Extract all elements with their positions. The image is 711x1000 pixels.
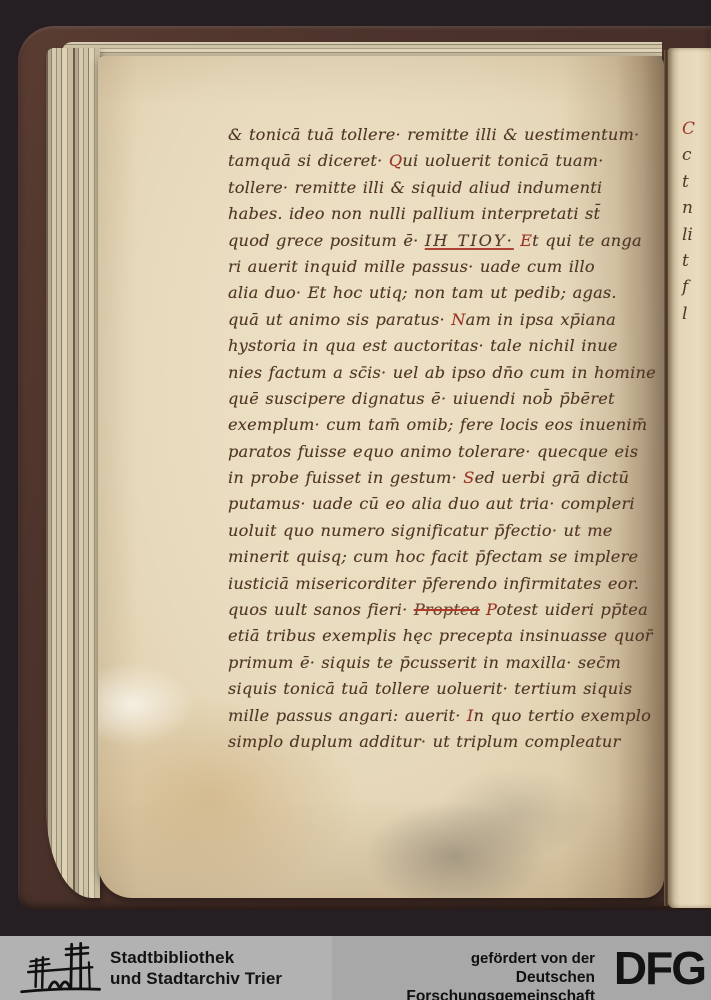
manuscript-line: hystoria in qua est auctoritas· tale nic…: [228, 333, 670, 359]
manuscript-line: etiā tribus exemplis hęc precepta insinu…: [228, 623, 670, 649]
library-name: Stadtbibliothek und Stadtarchiv Trier: [110, 947, 282, 989]
manuscript-line: siquis tonicā tuā tollere uoluerit· tert…: [228, 676, 670, 702]
stadtbibliothek-logo: [20, 938, 102, 998]
manuscript-text-block: & tonicā tuā tollere· remitte illi & ues…: [228, 122, 670, 755]
manuscript-line: mille passus angari: auerit· In quo tert…: [228, 703, 670, 729]
manuscript-line: simplo duplum additur· ut triplum comple…: [228, 729, 670, 755]
recto-fragment: l: [682, 301, 695, 327]
library-name-line2: und Stadtarchiv Trier: [110, 968, 282, 989]
manuscript-line: alia duo· Et hoc utiq; non tam ut pedib;…: [228, 280, 670, 306]
manuscript-line: iusticiā misericorditer p̄ferendo infirm…: [228, 571, 670, 597]
manuscript-line: in probe fuisset in gestum· Sed uerbi gr…: [228, 465, 670, 491]
manuscript-line: ri auerit inquid mille passus· uade cum …: [228, 254, 670, 280]
footer-right-band: gefördert von der Deutschen Forschungsge…: [332, 936, 711, 1000]
manuscript-line: quā ut animo sis paratus· Nam in ipsa xp…: [228, 307, 670, 333]
page-stack-left-edge: [46, 48, 100, 898]
manuscript-line: quos uult sanos fieri· Proptea Potest ui…: [228, 597, 670, 623]
manuscript-line: minerit quisq; cum hoc facit p̄fectam se…: [228, 544, 670, 570]
recto-fragment: li: [682, 222, 695, 248]
recto-fragment: t: [682, 248, 695, 274]
recto-fragment: n: [682, 195, 695, 221]
funding-line1: gefördert von der: [332, 949, 595, 968]
recto-fragment: c: [682, 142, 695, 168]
manuscript-line: uoluit quo numero significatur p̄fectio·…: [228, 518, 670, 544]
manuscript-line: tamquā si diceret· Qui uoluerit tonicā t…: [228, 148, 670, 174]
dfg-logo: DFG: [614, 936, 705, 1000]
recto-fragment: C: [682, 116, 695, 142]
manuscript-line: quod grece positum ē· IH TIOY· Et qui te…: [228, 228, 670, 254]
manuscript-line: tollere· remitte illi & siquid aliud ind…: [228, 175, 670, 201]
manuscript-line: putamus· uade cū eo alia duo aut tria· c…: [228, 491, 670, 517]
recto-page-strip: Cctnlitfl: [668, 48, 711, 908]
recto-text-fragments: Cctnlitfl: [682, 116, 695, 327]
manuscript-line: paratos fuisse equo animo tolerare· quec…: [228, 439, 670, 465]
manuscript-line: primum ē· siquis te p̄cusserit in maxill…: [228, 650, 670, 676]
manuscript-line: quē suscipere dignatus ē· uiuendi nob̄ p…: [228, 386, 670, 412]
manuscript-line: habes. ideo non nulli pallium interpreta…: [228, 201, 670, 227]
footer: Stadtbibliothek und Stadtarchiv Trier ge…: [0, 936, 711, 1000]
footer-left-band: Stadtbibliothek und Stadtarchiv Trier: [0, 936, 332, 1000]
funding-statement: gefördert von der Deutschen Forschungsge…: [332, 949, 595, 1000]
recto-fragment: t: [682, 169, 695, 195]
library-name-line1: Stadtbibliothek: [110, 947, 282, 968]
funding-line2: Deutschen Forschungsgemeinschaft: [332, 968, 595, 1000]
manuscript-line: & tonicā tuā tollere· remitte illi & ues…: [228, 122, 670, 148]
manuscript-line: exemplum· cum tam̄ omib; fere locis eos …: [228, 412, 670, 438]
recto-fragment: f: [682, 274, 695, 300]
manuscript-line: nies factum a sc̄is· uel ab ipso dn̄o cu…: [228, 360, 670, 386]
